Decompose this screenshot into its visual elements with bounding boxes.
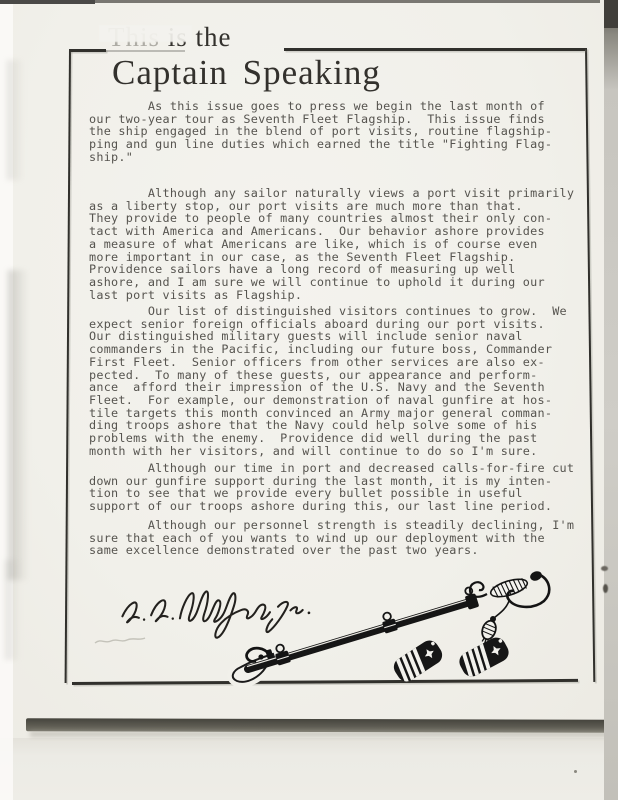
- tip-stud: [258, 654, 263, 659]
- shoulder-board-right-icon: [456, 634, 512, 680]
- scan-speck: [574, 770, 577, 773]
- shoulder-board-left-icon: [390, 636, 446, 685]
- paragraph: Our list of distinguished visitors conti…: [89, 305, 567, 457]
- page-title-line2: Captain Speaking: [112, 55, 381, 90]
- scan-corner-mark: [0, 0, 95, 4]
- scan-corner-mark: [604, 0, 618, 28]
- paragraph: Although our personnel strength is stead…: [89, 519, 574, 557]
- paragraph: As this issue goes to press we begin the…: [89, 100, 552, 164]
- scan-smudge: [7, 60, 24, 180]
- scan-smudge: [8, 270, 28, 580]
- naval-sword-icon: [233, 570, 549, 682]
- next-page-surface: [0, 738, 618, 800]
- pencil-scribble: [95, 638, 145, 643]
- scan-speck: [603, 584, 608, 593]
- frame-border-top-left-segment: [69, 49, 106, 52]
- knot-strap: [494, 601, 509, 618]
- title-underline-rule: [284, 48, 585, 51]
- scan-right-edge: [604, 0, 618, 800]
- paragraph: Although our time in port and decreased …: [89, 462, 574, 513]
- correction-whiteout-smear: [99, 25, 192, 42]
- scan-smudge: [5, 560, 20, 660]
- wire-grip: [489, 576, 529, 600]
- scan-speck: [601, 566, 608, 571]
- scanned-newsletter-page: This is the Captain Speaking As this iss…: [0, 0, 618, 800]
- sword-and-epaulettes-illustration: [80, 557, 600, 732]
- paragraph: Although any sailor naturally views a po…: [89, 187, 574, 301]
